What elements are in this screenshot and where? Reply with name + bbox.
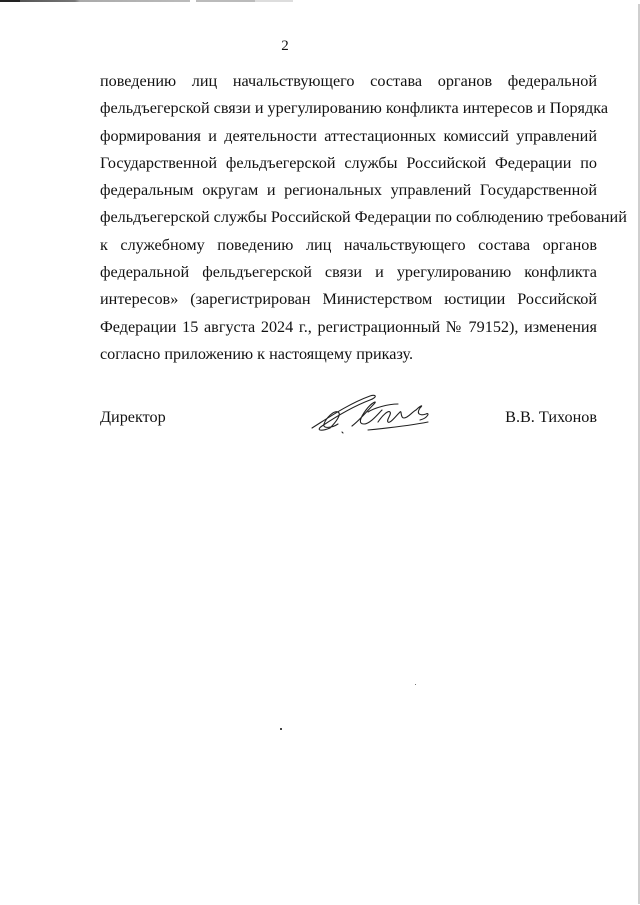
signer-position: Директор: [100, 408, 166, 427]
signer-name: В.В. Тихонов: [505, 408, 597, 427]
body-line: федеральной фельдъегерской связи и урегу…: [100, 259, 597, 286]
body-line: фельдъегерской службы Российской Федерац…: [100, 204, 597, 231]
scan-speck: [280, 728, 282, 730]
body-line: интересов» (зарегистрирован Министерство…: [100, 286, 597, 313]
body-line: формирования и деятельности аттестационн…: [100, 123, 597, 150]
document-body: поведению лиц начальствующего состава ор…: [100, 68, 597, 368]
body-line: фельдъегерской связи и урегулированию ко…: [100, 95, 597, 122]
body-line: Федерации 15 августа 2024 г., регистраци…: [100, 314, 597, 341]
body-line: поведению лиц начальствующего состава ор…: [100, 68, 597, 95]
body-line: Государственной фельдъегерской службы Ро…: [100, 150, 597, 177]
page-number-text: 2: [280, 38, 290, 55]
body-line-last: согласно приложению к настоящему приказу…: [100, 341, 597, 368]
signature-block: Директор В.В. Тихонов: [100, 392, 597, 442]
scan-speck: [415, 684, 416, 685]
scan-top-edge-line: [0, 0, 293, 2]
body-line: федеральным округам и региональных управ…: [100, 177, 597, 204]
body-line: к служебному поведению лиц начальствующе…: [100, 232, 597, 259]
signature-icon: [308, 392, 448, 434]
